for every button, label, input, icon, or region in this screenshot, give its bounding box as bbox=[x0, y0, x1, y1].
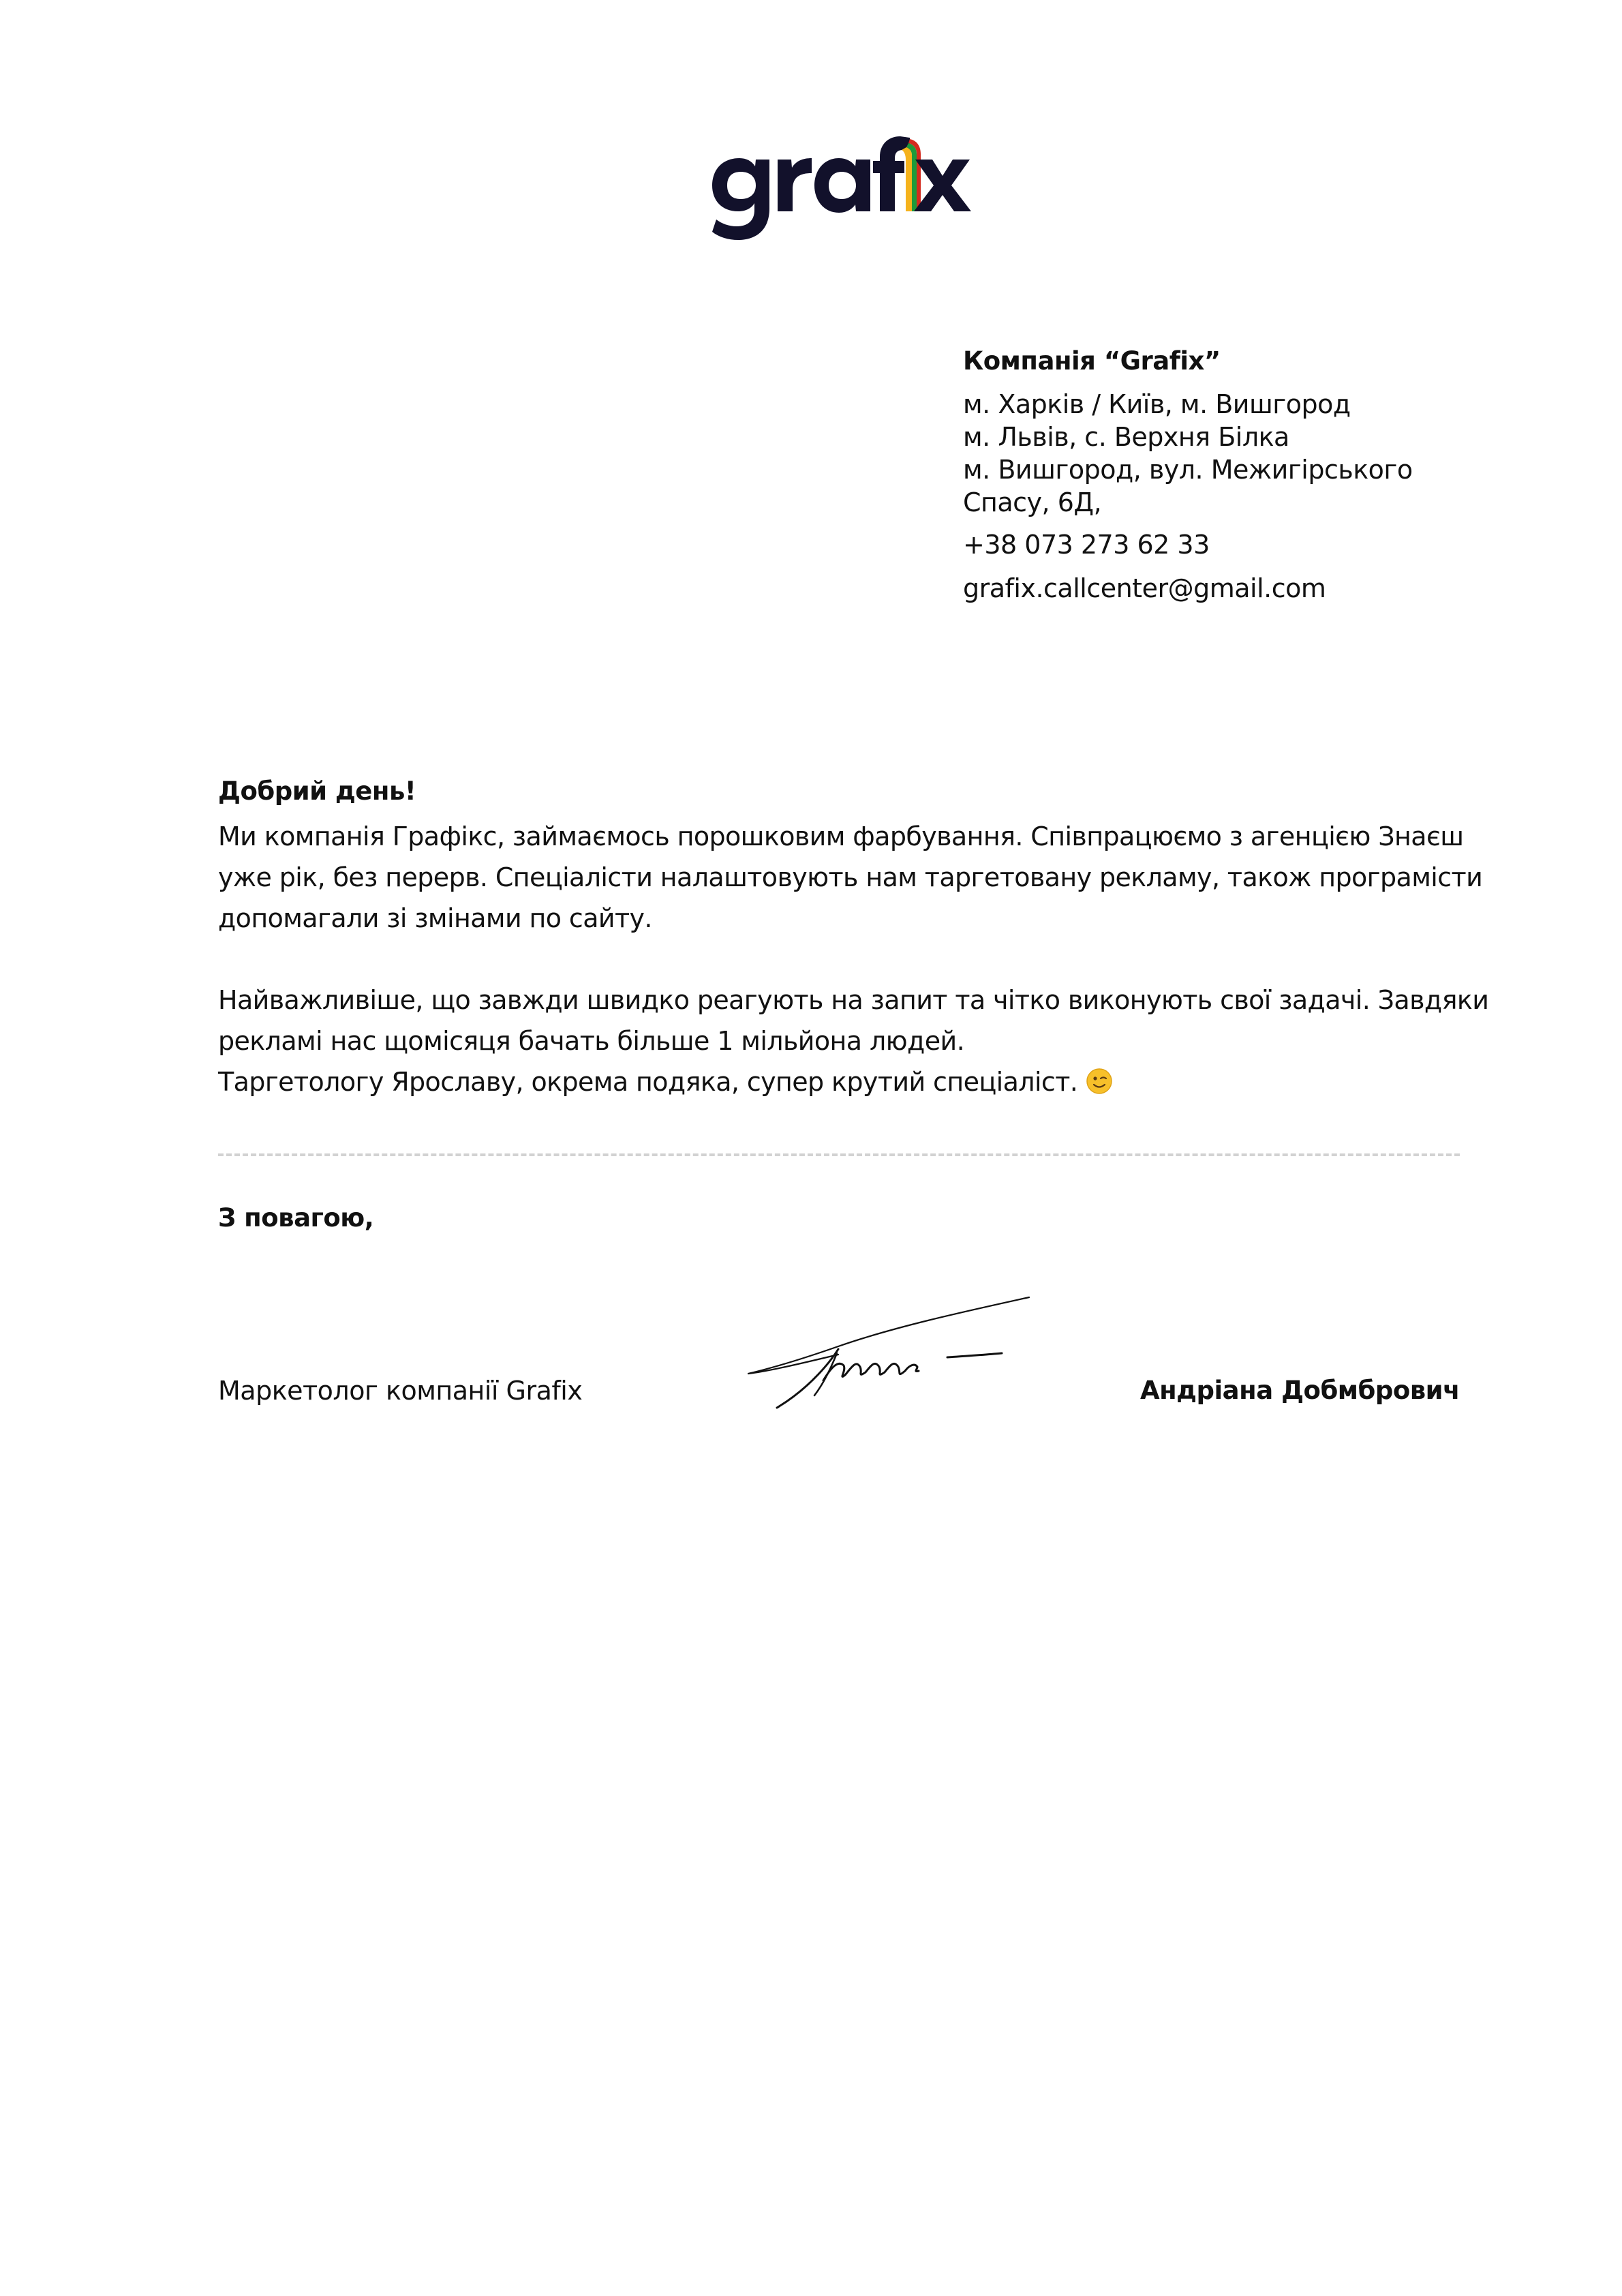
paragraph-2: Найважливіше, що завжди швидко реагують … bbox=[218, 980, 1472, 1102]
address-line: м. Вишгород, вул. Межигірського bbox=[963, 453, 1440, 486]
paragraph-line: рекламі нас щомісяця бачать більше 1 міл… bbox=[218, 1021, 1472, 1061]
paint-stripe-logo-icon bbox=[712, 136, 971, 252]
paragraph-line-text: Таргетологу Ярославу, окрема подяка, суп… bbox=[218, 1067, 1077, 1097]
dashed-divider bbox=[218, 1153, 1460, 1156]
signer-name: Андріана Добмбрович bbox=[1140, 1374, 1460, 1408]
paragraph-line: Найважливіше, що завжди швидко реагують … bbox=[218, 980, 1472, 1021]
company-name: Компанія “Grafix” bbox=[963, 344, 1440, 378]
address-lines: м. Харків / Київ, м. Вишгород м. Львів, … bbox=[963, 388, 1440, 519]
paragraph-1: Ми компанія Графікс, займаємось порошков… bbox=[218, 816, 1472, 939]
paragraph-line: уже рік, без перерв. Спеціалісти налашто… bbox=[218, 857, 1472, 898]
grafix-logo bbox=[712, 136, 971, 252]
address-line: м. Харків / Київ, м. Вишгород bbox=[963, 388, 1440, 421]
sender-address-block: Компанія “Grafix” м. Харків / Київ, м. В… bbox=[963, 344, 1440, 616]
handwritten-signature-icon bbox=[736, 1292, 1056, 1415]
closing-regards: З повагою, bbox=[218, 1201, 373, 1235]
paragraph-line: Ми компанія Графікс, займаємось порошков… bbox=[218, 816, 1472, 857]
paragraph-line: допомагали зі змінами по сайту. bbox=[218, 898, 1472, 939]
signer-role: Маркетолог компанії Grafix bbox=[218, 1374, 582, 1408]
address-line: Спасу, 6Д, bbox=[963, 486, 1440, 519]
letter-body: Добрий день! Ми компанія Графікс, займає… bbox=[218, 774, 1472, 1102]
greeting: Добрий день! bbox=[218, 774, 1472, 809]
email-address: grafix.callcenter@gmail.com bbox=[963, 572, 1440, 605]
paragraph-line-with-emoji: Таргетологу Ярославу, окрема подяка, суп… bbox=[218, 1061, 1472, 1102]
winking-face-emoji-icon bbox=[1086, 1068, 1113, 1095]
phone-number: +38 073 273 62 33 bbox=[963, 528, 1440, 561]
address-line: м. Львів, с. Верхня Білка bbox=[963, 421, 1440, 453]
